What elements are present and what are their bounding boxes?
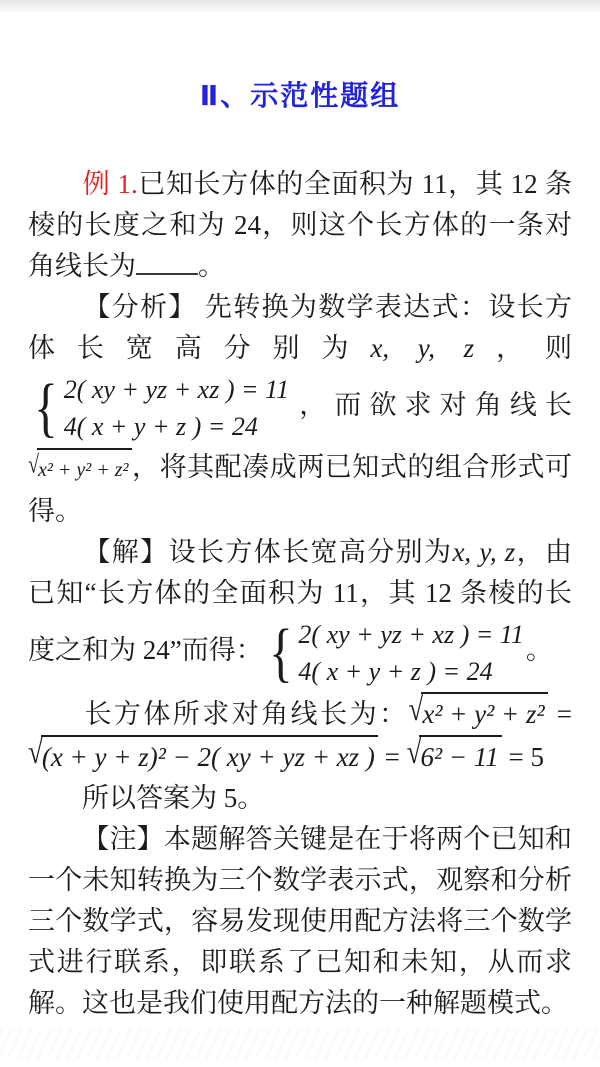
document-page: Ⅱ、示范性题组 例 1.已知长方体的全面积为 11，其 12 条棱的长度之和为 … [0, 0, 600, 1067]
page-content: Ⅱ、示范性题组 例 1.已知长方体的全面积为 11，其 12 条棱的长度之和为 … [0, 0, 600, 1024]
sqrt-expression-small: √x² + y² + z² [28, 448, 132, 491]
diagonal-lead: 长方体所求对角线长为： [82, 699, 409, 729]
solution-tag: 【解】 [82, 537, 169, 567]
radical-sign-icon: √ [28, 440, 39, 491]
radical-sign-icon: √ [28, 727, 43, 778]
solution-period: 。 [526, 635, 553, 665]
answer-paragraph: 所以答案为 5。 [28, 778, 572, 819]
sqrt-body: (x + y + z)² − 2( xy + yz + xz ) [41, 735, 378, 778]
problem-paragraph: 例 1.已知长方体的全面积为 11，其 12 条棱的长度之和为 24，则这个长方… [28, 164, 572, 287]
equals-result: = 5 [502, 742, 544, 772]
problem-period: 。 [198, 251, 225, 281]
sqrt-expression-1: √x² + y² + z² [409, 692, 548, 735]
solution-intro: 设长方体长宽高分别为 [169, 537, 453, 567]
note-tag: 【注】 [82, 824, 164, 854]
analysis-tag: 【分析】 [82, 292, 197, 322]
system-equation-1: 2( xy + yz + xz ) = 11 [64, 371, 289, 408]
sqrt-expression-3: √6² − 11 [407, 735, 502, 778]
answer-text: 所以答案为 5。 [82, 783, 264, 813]
note-paragraph: 【注】本题解答关键是在于将两个已知和一个未知转换为三个数学表示式，观察和分析三个… [28, 819, 572, 1024]
system-equation-1: 2( xy + yz + xz ) = 11 [298, 616, 523, 653]
variables-xyz: x, y, z [370, 333, 474, 363]
radical-sign-icon: √ [407, 727, 422, 778]
equals-sign: = [548, 699, 572, 729]
analysis-paragraph: 【分析】 先转换为数学表达式：设长方体长宽高分别为x, y, z，则{2( xy… [28, 287, 572, 532]
sqrt-body: x² + y² + z² [37, 448, 132, 491]
system-equation-2: 4( x + y + z ) = 24 [64, 408, 289, 445]
equation-system: {2( xy + yz + xz ) = 114( x + y + z ) = … [265, 616, 524, 690]
example-label: 例 1. [82, 169, 138, 199]
diagonal-equation-paragraph: 长方体所求对角线长为：√x² + y² + z² = √(x + y + z)²… [28, 692, 572, 778]
sqrt-body: x² + y² + z² [421, 692, 547, 735]
analysis-after-system: ，而欲求对角线长 [291, 390, 572, 420]
section-heading: Ⅱ、示范性题组 [28, 74, 572, 114]
faint-watermark [0, 1029, 600, 1059]
sqrt-body: 6² − 11 [419, 735, 501, 778]
system-lines: 2( xy + yz + xz ) = 114( x + y + z ) = 2… [298, 616, 523, 690]
analysis-then: ，则 [474, 333, 572, 363]
equals-sign: = [378, 742, 407, 772]
solution-paragraph: 【解】设长方体长宽高分别为x, y, z，由已知“长方体的全面积为 11，其 1… [28, 532, 572, 692]
system-lines: 2( xy + yz + xz ) = 114( x + y + z ) = 2… [64, 371, 289, 445]
variables-xyz: x, y, z [452, 537, 515, 567]
equation-system: {2( xy + yz + xz ) = 114( x + y + z ) = … [30, 371, 289, 445]
sqrt-expression-2: √(x + y + z)² − 2( xy + yz + xz ) [28, 735, 378, 778]
answer-blank [136, 247, 198, 275]
